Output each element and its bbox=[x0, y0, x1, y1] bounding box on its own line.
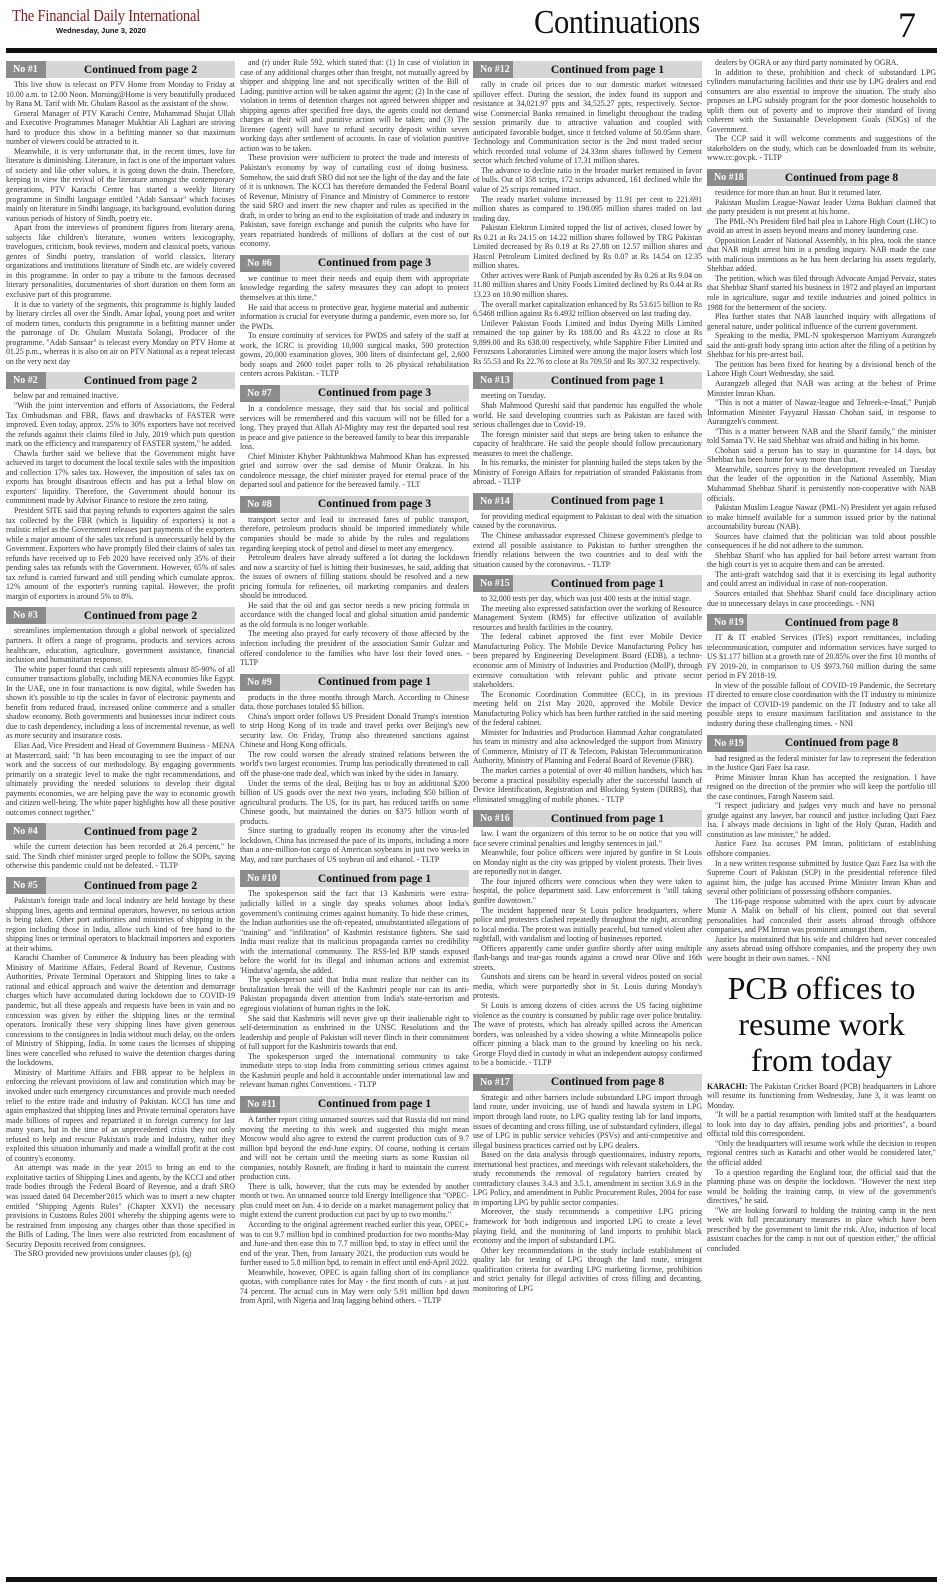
story-header-bar: No #14Continued from page 1 bbox=[473, 493, 702, 510]
story-paragraph: Shehbaz Sharif who has applied for bail … bbox=[707, 551, 936, 570]
story-paragraph: meeting on Tuesday. bbox=[473, 391, 702, 401]
story-paragraph: To ensure continuity of services for PWD… bbox=[240, 331, 469, 379]
story-number-badge: No #4 bbox=[6, 823, 46, 840]
story-paragraph: Pakistan Elektron Limited topped the lis… bbox=[473, 223, 702, 271]
story-paragraph: and (r) under Rule 592, which stated tha… bbox=[240, 58, 469, 153]
story-paragraph: In a new written response submitted by J… bbox=[707, 859, 936, 897]
story-paragraph: Other actives were Bank of Punjab ascend… bbox=[473, 271, 702, 300]
story-paragraph: The spokesperson urged the international… bbox=[240, 1052, 469, 1090]
story-paragraph: Based on the data analysis through quest… bbox=[473, 1150, 702, 1207]
masthead: The Financial Daily International Wednes… bbox=[0, 0, 945, 52]
story-paragraph: Chohan said a person has to stay in quar… bbox=[707, 446, 936, 465]
story: No #17Continued from page 8Strategic and… bbox=[473, 1074, 702, 1293]
story-paragraph: The 116-page response submitted with the… bbox=[707, 897, 936, 935]
story-paragraph: Under the terms of the deal, Beijing has… bbox=[240, 779, 469, 827]
story-number-badge: No #2 bbox=[6, 372, 46, 389]
story-paragraph: This live show is telecast on PTV Home f… bbox=[6, 80, 235, 109]
story-number-badge: No #11 bbox=[240, 1096, 280, 1113]
story: No #1Continued from page 2This live show… bbox=[6, 61, 235, 366]
story-number-badge: No #1 bbox=[6, 61, 46, 78]
continued-from-label: Continued from page 2 bbox=[46, 375, 235, 387]
story-paragraph: Plea further states that NAB launched in… bbox=[707, 312, 936, 331]
continued-from-label: Continued from page 2 bbox=[46, 64, 235, 76]
continued-from-label: Continued from page 1 bbox=[513, 578, 702, 590]
section-title: Continuations bbox=[534, 4, 700, 42]
story-header-bar: No #9Continued from page 1 bbox=[240, 674, 469, 691]
story-paragraph: Aurangzeb alleged that NAB was acting at… bbox=[707, 379, 936, 398]
story-paragraph: The petition has been fixed for hearing … bbox=[707, 360, 936, 379]
continued-from-label: Continued from page 1 bbox=[513, 64, 702, 76]
story-paragraph: The Chinese ambassador expressed Chinese… bbox=[473, 531, 702, 569]
story-paragraph: "I respect judiciary and judges very muc… bbox=[707, 801, 936, 839]
story: No #11Continued from page 1A farther rep… bbox=[240, 1096, 469, 1306]
story-number-badge: No #8 bbox=[240, 496, 280, 513]
story-paragraph: The SRO provided new provisions under cl… bbox=[6, 1249, 235, 1259]
story-number-badge: No #19 bbox=[707, 614, 747, 631]
story-paragraph: St Louis is among dozens of cities acros… bbox=[473, 1001, 702, 1068]
story-paragraph: Justice Faez Isa accuses PM Imran, polit… bbox=[707, 839, 936, 858]
continued-from-label: Continued from page 2 bbox=[46, 880, 235, 892]
story-paragraph: Meanwhile, however, OPEC is again fallin… bbox=[240, 1268, 469, 1306]
story-paragraph: There is talk, however, that the cuts ma… bbox=[240, 1182, 469, 1220]
story-number-badge: No #5 bbox=[6, 877, 46, 894]
story-paragraph: The federal cabinet approved the first e… bbox=[473, 632, 702, 689]
story: No #2Continued from page 2below par and … bbox=[6, 372, 235, 601]
story: No #19Continued from page 8IT & IT enabl… bbox=[707, 614, 936, 728]
story-paragraph: According to the original agreement reac… bbox=[240, 1220, 469, 1268]
story-paragraph: The four injured officers were conscious… bbox=[473, 877, 702, 906]
story-paragraph: China's import order follows US Presiden… bbox=[240, 712, 469, 750]
story: No #15Continued from page 1to 32,000 tes… bbox=[473, 575, 702, 804]
story-header-bar: No #17Continued from page 8 bbox=[473, 1074, 702, 1091]
pcb-article: PCB offices to resume work from today KA… bbox=[707, 970, 936, 1254]
story-number-badge: No #19 bbox=[707, 735, 747, 752]
story-paragraph: "This is a matter between NAB and the Sh… bbox=[707, 427, 936, 446]
story-header-bar: No #13Continued from page 1 bbox=[473, 372, 702, 389]
story-paragraph: had resigned as the federal minister for… bbox=[707, 754, 936, 773]
story-paragraph: we continue to meet their needs and equi… bbox=[240, 274, 469, 303]
story-number-badge: No #3 bbox=[6, 607, 46, 624]
story-paragraph: The market carries a potential of over 4… bbox=[473, 766, 702, 804]
story-paragraph: while the current detection has been rec… bbox=[6, 842, 235, 871]
story-paragraph: IT & IT enabled Services (ITeS) export r… bbox=[707, 633, 936, 681]
article-headline: PCB offices to resume work from today bbox=[707, 970, 936, 1078]
story-paragraph: transport sector and lead to increased f… bbox=[240, 515, 469, 553]
story-paragraph: These provision were sufficient to prote… bbox=[240, 153, 469, 248]
story-paragraph: Meanwhile, it is very unfortunate that, … bbox=[6, 147, 235, 223]
continued-from-label: Continued from page 8 bbox=[747, 737, 936, 749]
story-paragraph: The meeting also expressed satisfaction … bbox=[473, 604, 702, 633]
story-paragraph: The Economic Coordination Committee (ECC… bbox=[473, 690, 702, 728]
story: No #8Continued from page 3transport sect… bbox=[240, 496, 469, 668]
story-header-bar: No #5Continued from page 2 bbox=[6, 877, 235, 894]
story-header-bar: No #3Continued from page 2 bbox=[6, 607, 235, 624]
story-paragraph: In his remarks, the minister for plannin… bbox=[473, 458, 702, 487]
continued-from-label: Continued from page 1 bbox=[280, 873, 469, 885]
story-paragraph: A farther report citing unnamed sources … bbox=[240, 1115, 469, 1182]
story-number-badge: No #13 bbox=[473, 372, 513, 389]
story-paragraph: It is due to variety of the segments, th… bbox=[6, 300, 235, 367]
story-paragraph: The petition, which was filed through Ad… bbox=[707, 274, 936, 312]
story-paragraph: Strategic and other barriers include sub… bbox=[473, 1093, 702, 1150]
story-paragraph: In addition to these, prohibition and ch… bbox=[707, 68, 936, 135]
story: dealers by OGRA or any third party nomin… bbox=[707, 58, 936, 163]
story: No #18Continued from page 8residence for… bbox=[707, 169, 936, 608]
story: No #19Continued from page 8had resigned … bbox=[707, 735, 936, 964]
story-paragraph: Unilever Pakistan Foods Limited and Indu… bbox=[473, 319, 702, 367]
column-4: dealers by OGRA or any third party nomin… bbox=[707, 58, 936, 1573]
story-header-bar: No #6Continued from page 3 bbox=[240, 255, 469, 272]
story-paragraph: residence for more than an hour. But it … bbox=[707, 188, 936, 198]
story-paragraph: The overall market capitalization enhanc… bbox=[473, 300, 702, 319]
story: No #16Continued from page 1law. I want t… bbox=[473, 810, 702, 1068]
column-1: No #1Continued from page 2This live show… bbox=[6, 58, 235, 1573]
story-paragraph: Chawla further said we believe that the … bbox=[6, 449, 235, 506]
issue-date: Wednesday, June 3, 2020 bbox=[56, 26, 146, 35]
story-paragraph: Chief Minister Khyber Pakhtunkhwa Mahmoo… bbox=[240, 452, 469, 490]
story-paragraph: The anti-graft watchdog said that it is … bbox=[707, 570, 936, 589]
story-paragraph: The spokesperson said the fact that 13 K… bbox=[240, 889, 469, 975]
story-header-bar: No #15Continued from page 1 bbox=[473, 575, 702, 592]
story-paragraph: Sources entailed that Shehbaz Sharif cou… bbox=[707, 589, 936, 608]
story-header-bar: No #1Continued from page 2 bbox=[6, 61, 235, 78]
story-header-bar: No #19Continued from page 8 bbox=[707, 614, 936, 631]
story-paragraph: Speaking to the media, PML-N spokesperso… bbox=[707, 331, 936, 360]
story-paragraph: The meeting also prayed for early recove… bbox=[240, 629, 469, 667]
continued-from-label: Continued from page 8 bbox=[513, 1076, 702, 1088]
story-header-bar: No #19Continued from page 8 bbox=[707, 735, 936, 752]
story-paragraph: "With the joint intervention and efforts… bbox=[6, 401, 235, 449]
story: No #7Continued from page 3In a condolenc… bbox=[240, 385, 469, 490]
story-paragraph: The PML-N's President filed bail plea in… bbox=[707, 217, 936, 236]
article-paragraph: "It will be a partial resumption with li… bbox=[707, 1110, 936, 1139]
story-header-bar: No #2Continued from page 2 bbox=[6, 372, 235, 389]
story-paragraph: rally in crude oil prices due to our dom… bbox=[473, 80, 702, 166]
continued-from-label: Continued from page 1 bbox=[513, 375, 702, 387]
story-paragraph: for providing medical equipment to Pakis… bbox=[473, 512, 702, 531]
story-paragraph: He said that the oil and gas sector need… bbox=[240, 601, 469, 630]
story-header-bar: No #11Continued from page 1 bbox=[240, 1096, 469, 1113]
article-paragraph: "Only the headquarters will resume work … bbox=[707, 1139, 936, 1168]
story-header-bar: No #16Continued from page 1 bbox=[473, 810, 702, 827]
story-paragraph: Minister for Industries and Production H… bbox=[473, 728, 702, 766]
story-header-bar: No #4Continued from page 2 bbox=[6, 823, 235, 840]
story-paragraph: The incident happened near St Louis poli… bbox=[473, 906, 702, 944]
story-paragraph: products in the three months through Mar… bbox=[240, 693, 469, 712]
story-paragraph: Prime Minister Imran Khan has accepted t… bbox=[707, 773, 936, 802]
story-paragraph: In a condolence message, they said that … bbox=[240, 404, 469, 452]
story: and (r) under Rule 592, which stated tha… bbox=[240, 58, 469, 249]
story-paragraph: Moreover, the study recommends a competi… bbox=[473, 1207, 702, 1245]
continued-from-label: Continued from page 3 bbox=[280, 257, 469, 269]
continued-from-label: Continued from page 1 bbox=[280, 1098, 469, 1110]
story-paragraph: Justice Isa maintained that his wife and… bbox=[707, 935, 936, 964]
continued-from-label: Continued from page 2 bbox=[46, 826, 235, 838]
story: No #12Continued from page 1rally in crud… bbox=[473, 61, 702, 366]
story-paragraph: In view of the possible fallout of COVID… bbox=[707, 681, 936, 729]
continued-from-label: Continued from page 8 bbox=[747, 617, 936, 629]
story-header-bar: No #12Continued from page 1 bbox=[473, 61, 702, 78]
story: No #13Continued from page 1meeting on Tu… bbox=[473, 372, 702, 486]
story-paragraph: Sources have claimed that the politician… bbox=[707, 532, 936, 551]
story-header-bar: No #7Continued from page 3 bbox=[240, 385, 469, 402]
story-paragraph: law. I want the organizers of this terro… bbox=[473, 829, 702, 848]
story-paragraph: Since starting to gradually reopen its e… bbox=[240, 826, 469, 864]
story-paragraph: streamlines implementation through a glo… bbox=[6, 626, 235, 664]
story-header-bar: No #8Continued from page 3 bbox=[240, 496, 469, 513]
continued-from-label: Continued from page 3 bbox=[280, 387, 469, 399]
story-paragraph: He said that access to protective gear, … bbox=[240, 303, 469, 332]
story-paragraph: Shah Mahmood Qureshi said that pandemic … bbox=[473, 401, 702, 430]
story-paragraph: Officers apparently came under gunfire s… bbox=[473, 944, 702, 973]
story-paragraph: General Manager of PTV Karachi Centre, M… bbox=[6, 109, 235, 147]
story: No #9Continued from page 1products in th… bbox=[240, 674, 469, 865]
story-paragraph: The spokesperson said that India must re… bbox=[240, 975, 469, 1013]
story-paragraph: Meanwhile, sources privy to the developm… bbox=[707, 465, 936, 503]
column-2: and (r) under Rule 592, which stated tha… bbox=[240, 58, 469, 1573]
story-paragraph: Meanwhile, four police officers were inj… bbox=[473, 848, 702, 877]
article-body: KARACHI: The Pakistan Cricket Board (PCB… bbox=[707, 1082, 936, 1254]
story-number-badge: No #10 bbox=[240, 870, 280, 887]
story: No #10Continued from page 1The spokesper… bbox=[240, 870, 469, 1089]
page-number: 7 bbox=[898, 4, 916, 46]
story-paragraph: The ready market volume increased by 11.… bbox=[473, 195, 702, 224]
story-number-badge: No #6 bbox=[240, 255, 280, 272]
paper-name: The Financial Daily International bbox=[12, 6, 200, 26]
story-number-badge: No #16 bbox=[473, 810, 513, 827]
story: No #4Continued from page 2while the curr… bbox=[6, 823, 235, 871]
article-paragraph: KARACHI: The Pakistan Cricket Board (PCB… bbox=[707, 1082, 936, 1111]
story-paragraph: Ministry of Maritime Affairs and FBR app… bbox=[6, 1068, 235, 1163]
continued-from-label: Continued from page 3 bbox=[280, 498, 469, 510]
story-paragraph: Apart from the interviews of prominent f… bbox=[6, 223, 235, 299]
story: No #14Continued from page 1for providing… bbox=[473, 493, 702, 569]
story-paragraph: The foreign minister said that steps are… bbox=[473, 430, 702, 459]
story-paragraph: President SITE said that paying refunds … bbox=[6, 506, 235, 601]
story-paragraph: Opposition Leader of National Assembly, … bbox=[707, 236, 936, 274]
story-paragraph: She said that Kashmiris will never give … bbox=[240, 1014, 469, 1052]
story-paragraph: below par and remained inactive. bbox=[6, 391, 235, 401]
continued-from-label: Continued from page 1 bbox=[280, 676, 469, 688]
continued-from-label: Continued from page 8 bbox=[747, 172, 936, 184]
story-number-badge: No #7 bbox=[240, 385, 280, 402]
dateline: KARACHI: bbox=[707, 1082, 750, 1091]
story-header-bar: No #10Continued from page 1 bbox=[240, 870, 469, 887]
story-header-bar: No #18Continued from page 8 bbox=[707, 169, 936, 186]
story-paragraph: Gunshots and sirens can be heard in seve… bbox=[473, 972, 702, 1001]
story-paragraph: The white paper found that cash still re… bbox=[6, 665, 235, 741]
top-rule-divider bbox=[6, 48, 937, 53]
story-number-badge: No #14 bbox=[473, 493, 513, 510]
story-paragraph: Petroleum dealers have already suffered … bbox=[240, 553, 469, 601]
story-paragraph: The row could worsen the already straine… bbox=[240, 750, 469, 779]
bottom-rule-divider bbox=[6, 1577, 937, 1582]
story-paragraph: Pakistan Muslim League Nawaz (PML-N) Pre… bbox=[707, 503, 936, 532]
story-paragraph: Other key recommendations in the study i… bbox=[473, 1246, 702, 1294]
story-paragraph: Elias Aad, Vice President and Head of Go… bbox=[6, 741, 235, 817]
story-paragraph: "This is not a matter of Nawaz-league an… bbox=[707, 398, 936, 427]
story-paragraph: dealers by OGRA or any third party nomin… bbox=[707, 58, 936, 68]
story-paragraph: Pakistan Muslim League-Nawaz leader Uzma… bbox=[707, 198, 936, 217]
continued-from-label: Continued from page 2 bbox=[46, 610, 235, 622]
story-number-badge: No #12 bbox=[473, 61, 513, 78]
story-paragraph: The advance to decline ratio in the broa… bbox=[473, 166, 702, 195]
column-3: No #12Continued from page 1rally in crud… bbox=[473, 58, 702, 1573]
continued-from-label: Continued from page 1 bbox=[513, 813, 702, 825]
story-paragraph: to 32,000 tests per day, which was just … bbox=[473, 594, 702, 604]
story: No #3Continued from page 2streamlines im… bbox=[6, 607, 235, 817]
story-number-badge: No #18 bbox=[707, 169, 747, 186]
article-paragraph: To a question regarding the England tour… bbox=[707, 1168, 936, 1206]
story: No #6Continued from page 3we continue to… bbox=[240, 255, 469, 379]
story-paragraph: The CCP said it will welcome comments an… bbox=[707, 134, 936, 163]
story-paragraph: Pakistan's foreign trade and local indus… bbox=[6, 896, 235, 953]
continued-from-label: Continued from page 1 bbox=[513, 495, 702, 507]
story-number-badge: No #9 bbox=[240, 674, 280, 691]
story-number-badge: No #15 bbox=[473, 575, 513, 592]
article-paragraph: "We are looking forward to holding the t… bbox=[707, 1206, 936, 1254]
story: No #5Continued from page 2Pakistan's for… bbox=[6, 877, 235, 1259]
story-paragraph: An attempt was made in the year 2015 to … bbox=[6, 1163, 235, 1249]
story-number-badge: No #17 bbox=[473, 1074, 513, 1091]
story-paragraph: Karachi Chamber of Commerce & Industry h… bbox=[6, 953, 235, 1068]
